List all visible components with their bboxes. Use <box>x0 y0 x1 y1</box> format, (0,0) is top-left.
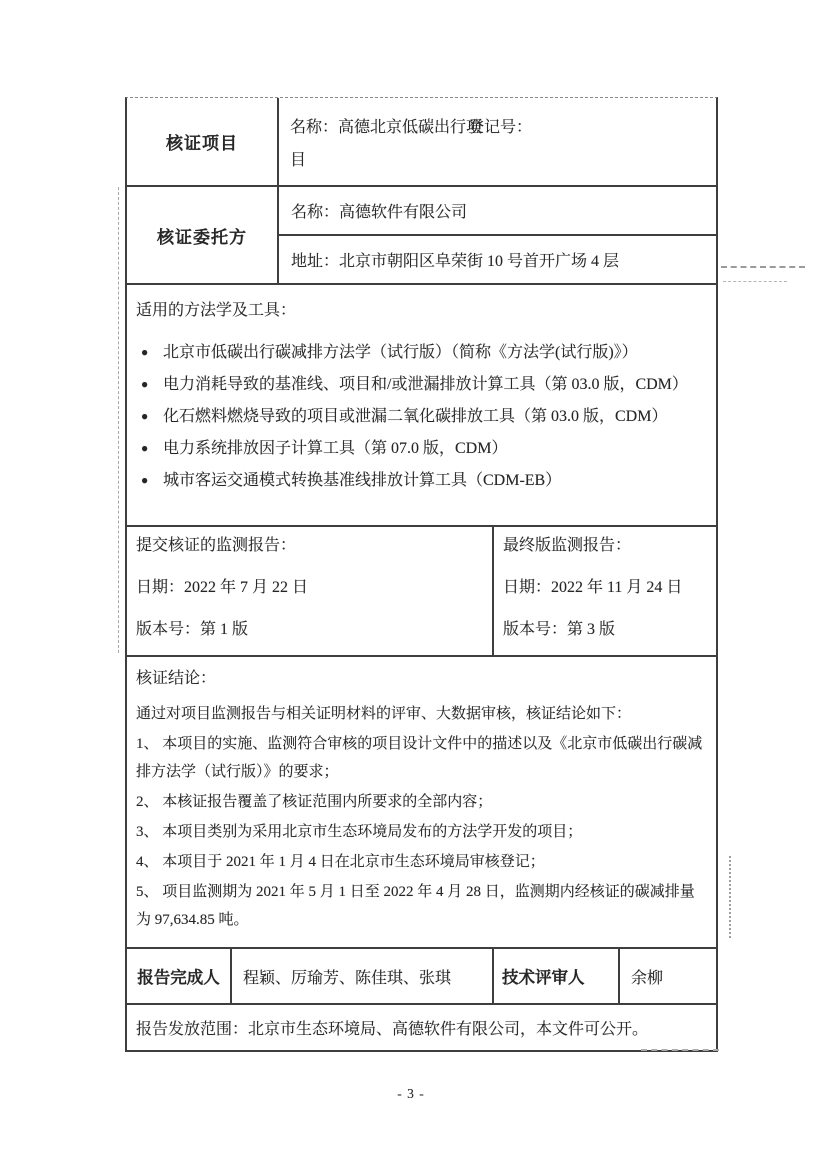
submitted-report-cell: 提交核证的监测报告： 日期：2022 年 7 月 22 日 版本号：第 1 版 <box>127 527 494 655</box>
monitoring-reports-row: 提交核证的监测报告： 日期：2022 年 7 月 22 日 版本号：第 1 版 … <box>125 525 718 657</box>
methodology-item: ● 化石燃料燃烧导致的项目或泄漏二氧化碳排放工具（第 03.0 版，CDM） <box>136 405 706 428</box>
distribution-text: 报告发放范围：北京市生态环境局、高德软件有限公司，本文件可公开。 <box>136 1016 648 1039</box>
conclusion-item: 1、 本项目的实施、监测符合审核的项目设计文件中的描述以及《北京市低碳出行碳减排… <box>136 730 707 786</box>
conclusion-item: 5、 项目监测期为 2021 年 5 月 1 日至 2022 年 4 月 28 … <box>136 878 707 934</box>
authors-cell: 程颖、厉瑜芳、陈佳琪、张琪 <box>232 949 494 1003</box>
conclusion-item: 3、 本项目类别为采用北京市生态环境局发布的方法学开发的项目； <box>136 818 707 846</box>
reviewer-label: 技术评审人 <box>502 964 585 988</box>
scan-artifact <box>721 266 805 268</box>
registration-number-label: 登记号： <box>468 111 532 144</box>
methodology-item-text: 电力消耗导致的基准线、项目和/或泄漏排放计算工具（第 03.0 版，CDM） <box>163 373 688 396</box>
reviewer-name: 余柳 <box>631 965 663 988</box>
conclusion-label: 核证结论： <box>136 665 707 693</box>
client-name: 名称：高德软件有限公司 <box>291 199 467 222</box>
authors-names: 程颖、厉瑜芳、陈佳琪、张琪 <box>243 965 451 988</box>
authors-label: 报告完成人 <box>137 964 220 988</box>
project-name: 名称：高德北京低碳出行项 <box>290 119 482 136</box>
client-name-cell: 名称：高德软件有限公司 <box>279 187 716 236</box>
final-report-version: 版本号：第 3 版 <box>503 619 708 641</box>
methodology-item: ● 电力消耗导致的基准线、项目和/或泄漏排放计算工具（第 03.0 版，CDM） <box>136 373 706 396</box>
methodology-section: 适用的方法学及工具： ● 北京市低碳出行碳减排方法学（试行版）（简称《方法学(试… <box>125 283 718 527</box>
methodology-item-text: 城市客运交通模式转换基准线排放计算工具（CDM-EB） <box>163 469 561 492</box>
client-label-cell: 核证委托方 <box>127 187 279 283</box>
signoff-row: 报告完成人 程颖、厉瑜芳、陈佳琪、张琪 技术评审人 余柳 <box>125 947 718 1005</box>
methodology-item-text: 化石燃料燃烧导致的项目或泄漏二氧化碳排放工具（第 03.0 版，CDM） <box>163 405 667 428</box>
submitted-report-title: 提交核证的监测报告： <box>136 535 484 557</box>
methodology-item-text: 电力系统排放因子计算工具（第 07.0 版，CDM） <box>163 437 507 460</box>
page-number: - 3 - <box>346 1086 476 1102</box>
final-report-date: 日期：2022 年 11 月 24 日 <box>503 577 708 599</box>
final-report-cell: 最终版监测报告： 日期：2022 年 11 月 24 日 版本号：第 3 版 <box>494 527 716 655</box>
scan-artifact <box>729 856 731 938</box>
methodology-item-text: 北京市低碳出行碳减排方法学（试行版）（简称《方法学(试行版)》） <box>163 341 638 364</box>
project-name-cell: 名称：高德北京低碳出行项 登记号： 目 <box>279 98 716 185</box>
conclusion-intro: 通过对项目监测报告与相关证明材料的评审、大数据审核，核证结论如下： <box>136 700 707 728</box>
reviewer-label-cell: 技术评审人 <box>494 949 620 1003</box>
methodology-title: 适用的方法学及工具： <box>136 299 706 323</box>
bullet-icon: ● <box>136 469 163 492</box>
reviewer-cell: 余柳 <box>620 949 716 1003</box>
project-label: 核证项目 <box>166 129 238 154</box>
client-address: 地址：北京市朝阳区阜荣街 10 号首开广场 4 层 <box>291 248 619 271</box>
project-row: 核证项目 名称：高德北京低碳出行项 登记号： 目 <box>125 97 718 187</box>
conclusion-section: 核证结论： 通过对项目监测报告与相关证明材料的评审、大数据审核，核证结论如下： … <box>125 655 718 949</box>
bullet-icon: ● <box>136 437 163 460</box>
final-report-title: 最终版监测报告： <box>503 535 708 557</box>
conclusion-item: 4、 本项目于 2021 年 1 月 4 日在北京市生态环境局审核登记； <box>136 848 707 876</box>
conclusion-item: 2、 本核证报告覆盖了核证范围内所要求的全部内容； <box>136 788 707 816</box>
client-details: 名称：高德软件有限公司 地址：北京市朝阳区阜荣街 10 号首开广场 4 层 <box>279 187 716 283</box>
bullet-icon: ● <box>136 341 163 364</box>
client-label: 核证委托方 <box>157 223 247 248</box>
project-label-cell: 核证项目 <box>127 98 279 185</box>
bullet-icon: ● <box>136 405 163 428</box>
scanned-report-page: { "doc": { "project": { "label": "核证项目",… <box>0 0 827 1170</box>
distribution-row: 报告发放范围：北京市生态环境局、高德软件有限公司，本文件可公开。 <box>125 1003 718 1052</box>
client-address-cell: 地址：北京市朝阳区阜荣街 10 号首开广场 4 层 <box>279 236 716 283</box>
client-row: 核证委托方 名称：高德软件有限公司 地址：北京市朝阳区阜荣街 10 号首开广场 … <box>125 185 718 285</box>
project-name-wrap: 目 <box>290 144 708 177</box>
methodology-item: ● 北京市低碳出行碳减排方法学（试行版）（简称《方法学(试行版)》） <box>136 341 706 364</box>
methodology-item: ● 电力系统排放因子计算工具（第 07.0 版，CDM） <box>136 437 706 460</box>
submitted-report-date: 日期：2022 年 7 月 22 日 <box>136 577 484 599</box>
authors-label-cell: 报告完成人 <box>127 949 232 1003</box>
scan-artifact <box>118 187 119 653</box>
submitted-report-version: 版本号：第 1 版 <box>136 619 484 641</box>
project-name-line: 名称：高德北京低碳出行项 登记号： <box>290 111 708 144</box>
bullet-icon: ● <box>136 373 163 396</box>
scan-artifact <box>723 281 787 282</box>
methodology-item: ● 城市客运交通模式转换基准线排放计算工具（CDM-EB） <box>136 469 706 492</box>
